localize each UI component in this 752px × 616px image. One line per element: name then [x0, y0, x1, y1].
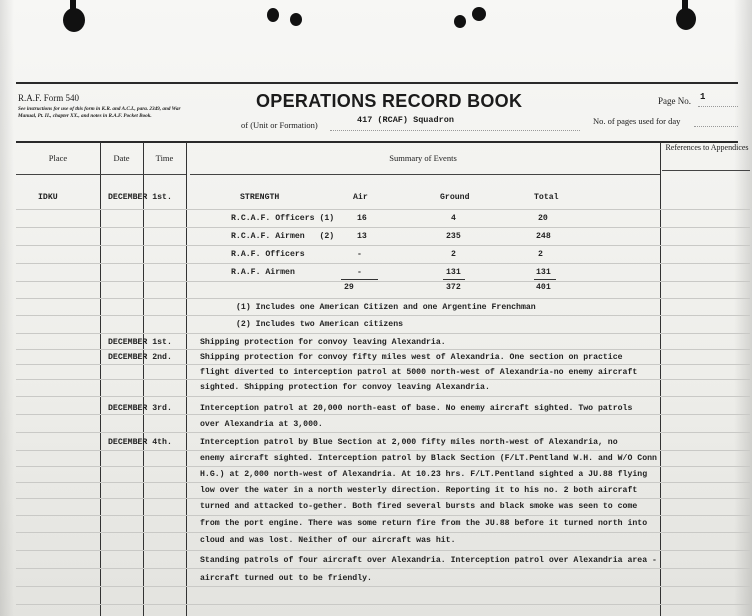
- strength-row-total: 131: [536, 268, 551, 277]
- ruled-line: [16, 568, 750, 569]
- ruled-line: [16, 466, 750, 467]
- ruled-line: [16, 315, 750, 316]
- ruled-line: [16, 245, 750, 246]
- strength-row-ground: 131: [446, 268, 461, 277]
- punch-hole-center-1: [267, 8, 279, 22]
- punch-hole-right: [676, 8, 696, 30]
- ruled-line: [16, 515, 750, 516]
- strength-row-ground: 2: [451, 250, 456, 259]
- header-bottom-rule-2: [100, 174, 186, 175]
- entry-date: DECEMBER 3rd.: [108, 404, 172, 413]
- strength-row-total: 20: [538, 214, 548, 223]
- page-no-label: Page No.: [658, 96, 691, 106]
- header-bottom-rule-3: [190, 174, 660, 175]
- entry-line: enemy aircraft sighted. Interception pat…: [200, 454, 657, 463]
- entry-line: cloud and was lost. Neither of our aircr…: [200, 536, 456, 545]
- ruled-line: [16, 227, 750, 228]
- ruled-line: [16, 550, 750, 551]
- operations-record-book-page: R.A.F. Form 540 See instructions for use…: [0, 0, 752, 616]
- strength-row-air: 13: [357, 232, 367, 241]
- ruled-line: [16, 482, 750, 483]
- column-header-date: Date: [100, 153, 143, 163]
- punch-hole-left-tail: [70, 0, 76, 10]
- entry-line: Shipping protection for convoy fifty mil…: [200, 353, 623, 362]
- ruled-line: [16, 498, 750, 499]
- sum-underline-ground: [443, 279, 465, 280]
- ruled-line: [16, 586, 750, 587]
- strength-header-air: Air: [353, 193, 368, 202]
- column-header-time: Time: [143, 153, 186, 163]
- ruled-line: [16, 263, 750, 264]
- strength-row-air: -: [357, 250, 362, 259]
- ruled-line: [16, 379, 750, 380]
- header-bottom-rule-4: [662, 170, 750, 171]
- page-title: OPERATIONS RECORD BOOK: [256, 91, 522, 112]
- ruled-line: [16, 333, 750, 334]
- entry-line: flight diverted to interception patrol a…: [200, 368, 637, 377]
- strength-row-label: R.C.A.F. Airmen (2): [231, 232, 334, 241]
- ruled-line: [16, 414, 750, 415]
- unit-dotted-line: [330, 130, 580, 131]
- entry-line: Standing patrols of four aircraft over A…: [200, 556, 657, 565]
- strength-row-total: 248: [536, 232, 551, 241]
- punch-hole-left: [63, 8, 85, 32]
- pages-used-label: No. of pages used for day: [593, 116, 680, 126]
- strength-row-label: R.A.F. Airmen: [231, 268, 295, 277]
- pages-used-dotted-line: [694, 126, 738, 127]
- header-rule: [16, 141, 738, 143]
- column-header-references: References to Appendices: [662, 143, 752, 152]
- punch-hole-center-3: [454, 15, 466, 28]
- strength-row-air: -: [357, 268, 362, 277]
- page-no-dotted-line: [698, 106, 738, 107]
- ruled-line: [16, 432, 750, 433]
- strength-total-air: 29: [344, 283, 354, 292]
- entry-line: sighted. Shipping protection for convoy …: [200, 383, 490, 392]
- entry-line: H.G.) at 2,000 north-west of Alexandria.…: [200, 470, 647, 479]
- strength-row-label: R.C.A.F. Officers (1): [231, 214, 334, 223]
- strength-date: DECEMBER 1st.: [108, 193, 172, 202]
- sum-underline-air: [341, 279, 378, 280]
- entry-line: Interception patrol at 20,000 north-east…: [200, 404, 632, 413]
- ruled-line: [16, 281, 750, 282]
- entry-line: from the port engine. There was some ret…: [200, 519, 647, 528]
- ruled-line: [16, 450, 750, 451]
- entry-line: Interception patrol by Blue Section at 2…: [200, 438, 618, 447]
- unit-value: 417 (RCAF) Squadron: [357, 115, 454, 125]
- strength-note: (1) Includes one American Citizen and on…: [236, 303, 536, 312]
- strength-note: (2) Includes two American citizens: [236, 320, 403, 329]
- strength-header-label: STRENGTH: [240, 193, 279, 202]
- strength-row-total: 2: [538, 250, 543, 259]
- strength-total-total: 401: [536, 283, 551, 292]
- strength-row-ground: 4: [451, 214, 456, 223]
- entry-date: DECEMBER 2nd.: [108, 353, 172, 362]
- form-instructions: See instructions for use of this form in…: [18, 106, 188, 119]
- entry-date: DECEMBER 1st.: [108, 338, 172, 347]
- strength-header-total: Total: [534, 193, 559, 202]
- strength-header-ground: Ground: [440, 193, 469, 202]
- ruled-line: [16, 298, 750, 299]
- entry-line: over Alexandria at 3,000.: [200, 420, 323, 429]
- ruled-line: [16, 396, 750, 397]
- ruled-line: [16, 209, 750, 210]
- entry-line: Shipping protection for convoy leaving A…: [200, 338, 446, 347]
- punch-hole-center-4: [472, 7, 486, 21]
- entry-line: low over the water in a north westerly d…: [200, 486, 637, 495]
- top-rule: [16, 82, 738, 84]
- entry-line: aircraft turned out to be friendly.: [200, 574, 372, 583]
- unit-label: of (Unit or Formation): [241, 120, 318, 130]
- strength-row-air: 16: [357, 214, 367, 223]
- entry-date: DECEMBER 4th.: [108, 438, 172, 447]
- ruled-line: [16, 532, 750, 533]
- column-header-summary: Summary of Events: [186, 153, 660, 163]
- strength-row-ground: 235: [446, 232, 461, 241]
- strength-row-label: R.A.F. Officers: [231, 250, 305, 259]
- ruled-line: [16, 604, 750, 605]
- entry-line: turned and attacked to-gether. Both fire…: [200, 502, 637, 511]
- header-bottom-rule: [16, 174, 100, 175]
- place-idku: IDKU: [38, 193, 58, 202]
- form-number: R.A.F. Form 540: [18, 93, 79, 103]
- strength-total-ground: 372: [446, 283, 461, 292]
- page-no-value: 1: [700, 92, 705, 102]
- ruled-line: [16, 364, 750, 365]
- sum-underline-total: [534, 279, 556, 280]
- ruled-line: [16, 349, 750, 350]
- punch-hole-right-tail: [682, 0, 688, 10]
- punch-hole-center-2: [290, 13, 302, 26]
- column-header-place: Place: [16, 153, 100, 163]
